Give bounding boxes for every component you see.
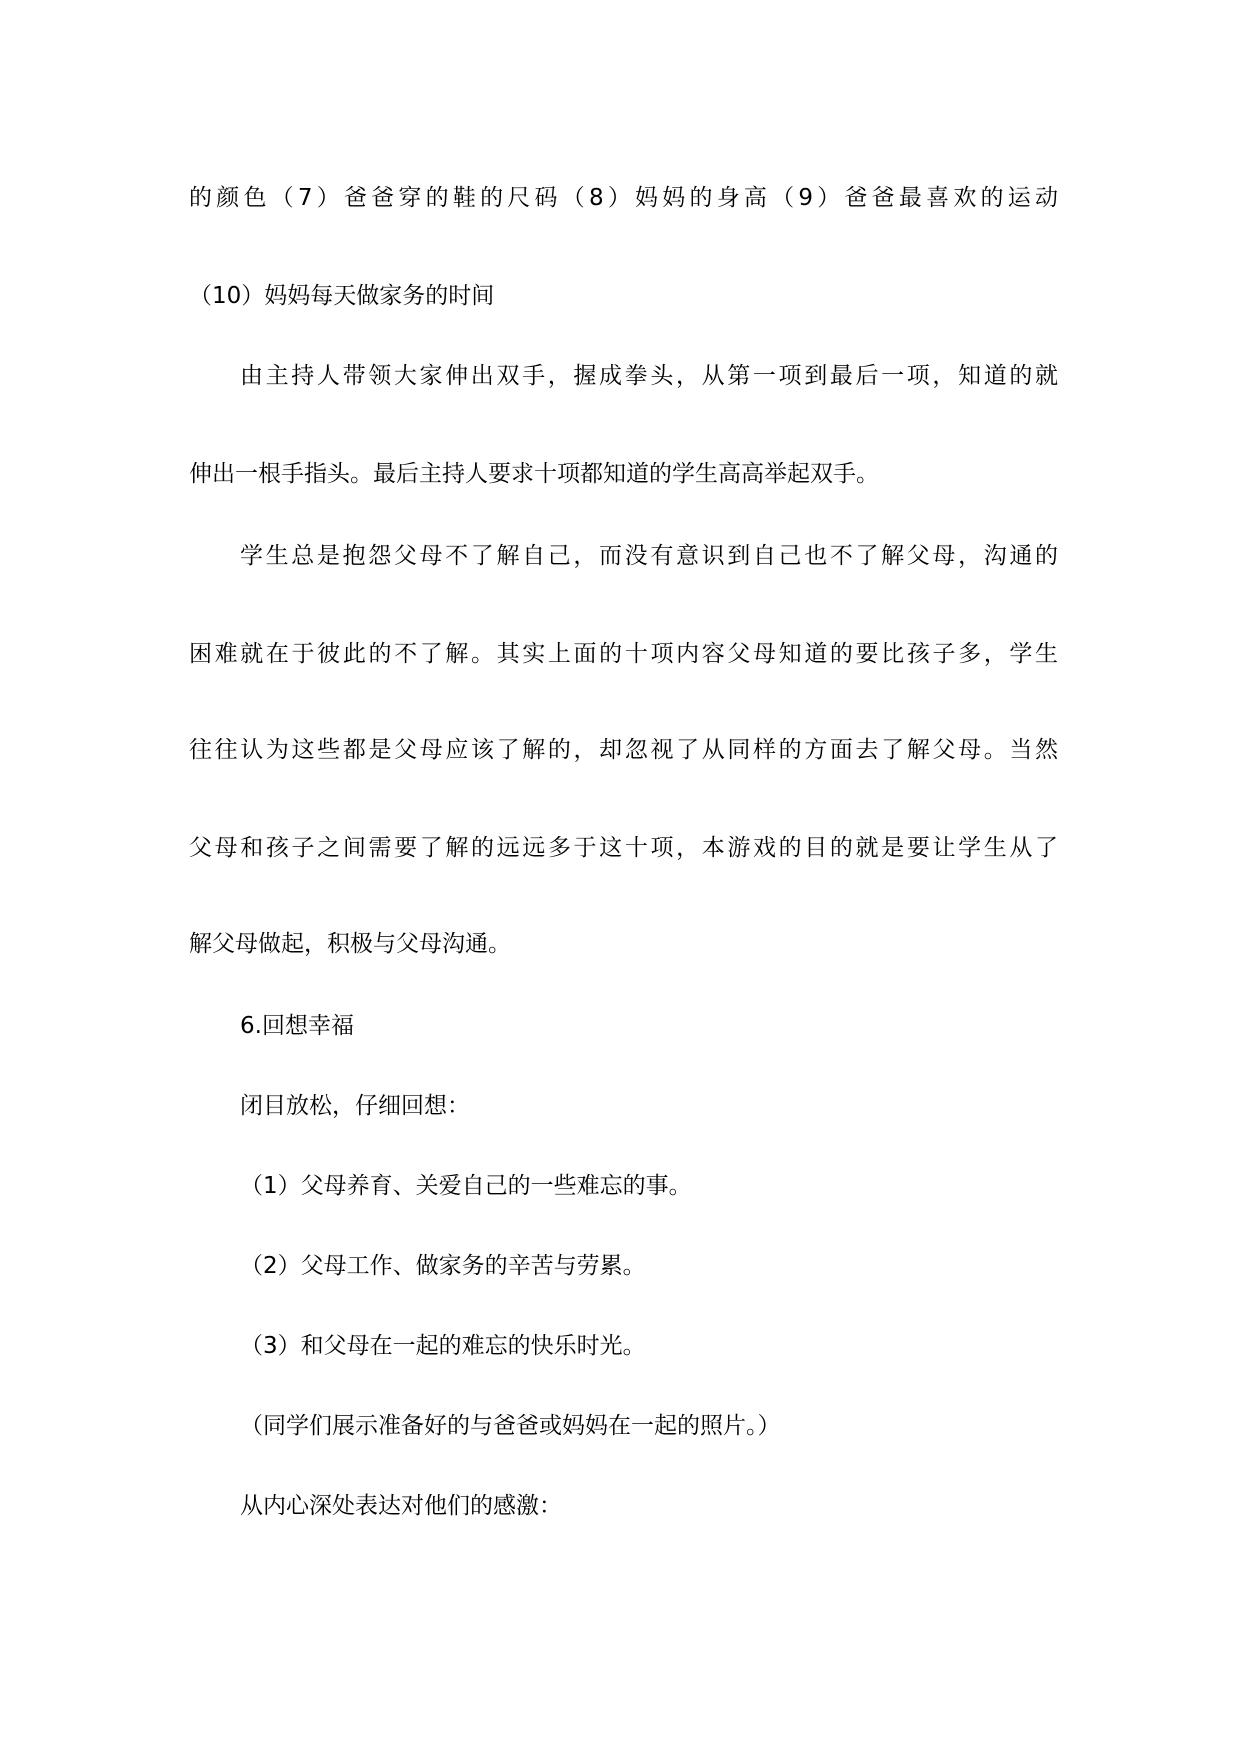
- list-item: （1）父母养育、关爱自己的一些难忘的事。: [240, 1171, 692, 1201]
- paragraph-line: 困难就在于彼此的不了解。其实上面的十项内容父母知道的要比孩子多，学生: [189, 639, 1058, 669]
- paragraph-line: （同学们展示准备好的与爸爸或妈妈在一起的照片。）: [240, 1411, 781, 1441]
- paragraph-line: 闭目放松，仔细回想：: [240, 1091, 470, 1121]
- list-item: （3）和父母在一起的难忘的快乐时光。: [240, 1331, 646, 1361]
- paragraph-line: 学生总是抱怨父母不了解自己，而没有意识到自己也不了解父母，沟通的: [240, 541, 1058, 571]
- paragraph-line: 从内心深处表达对他们的感激：: [240, 1491, 562, 1521]
- paragraph-line: 伸出一根手指头。最后主持人要求十项都知道的学生高高举起双手。: [189, 459, 879, 489]
- paragraph-line: 解父母做起，积极与父母沟通。: [189, 929, 511, 959]
- list-item: （2）父母工作、做家务的辛苦与劳累。: [240, 1251, 646, 1281]
- section-heading: 6.回想幸福: [240, 1011, 354, 1041]
- paragraph-line: 父母和孩子之间需要了解的远远多于这十项，本游戏的目的就是要让学生从了: [189, 833, 1058, 863]
- paragraph-line: （10）妈妈每天做家务的时间: [189, 281, 494, 311]
- paragraph-line: 往往认为这些都是父母应该了解的，却忽视了从同样的方面去了解父母。当然: [189, 735, 1058, 765]
- paragraph-line: 的颜色（7）爸爸穿的鞋的尺码（8）妈妈的身高（9）爸爸最喜欢的运动: [189, 183, 1058, 213]
- paragraph-line: 由主持人带领大家伸出双手，握成拳头，从第一项到最后一项，知道的就: [240, 361, 1058, 391]
